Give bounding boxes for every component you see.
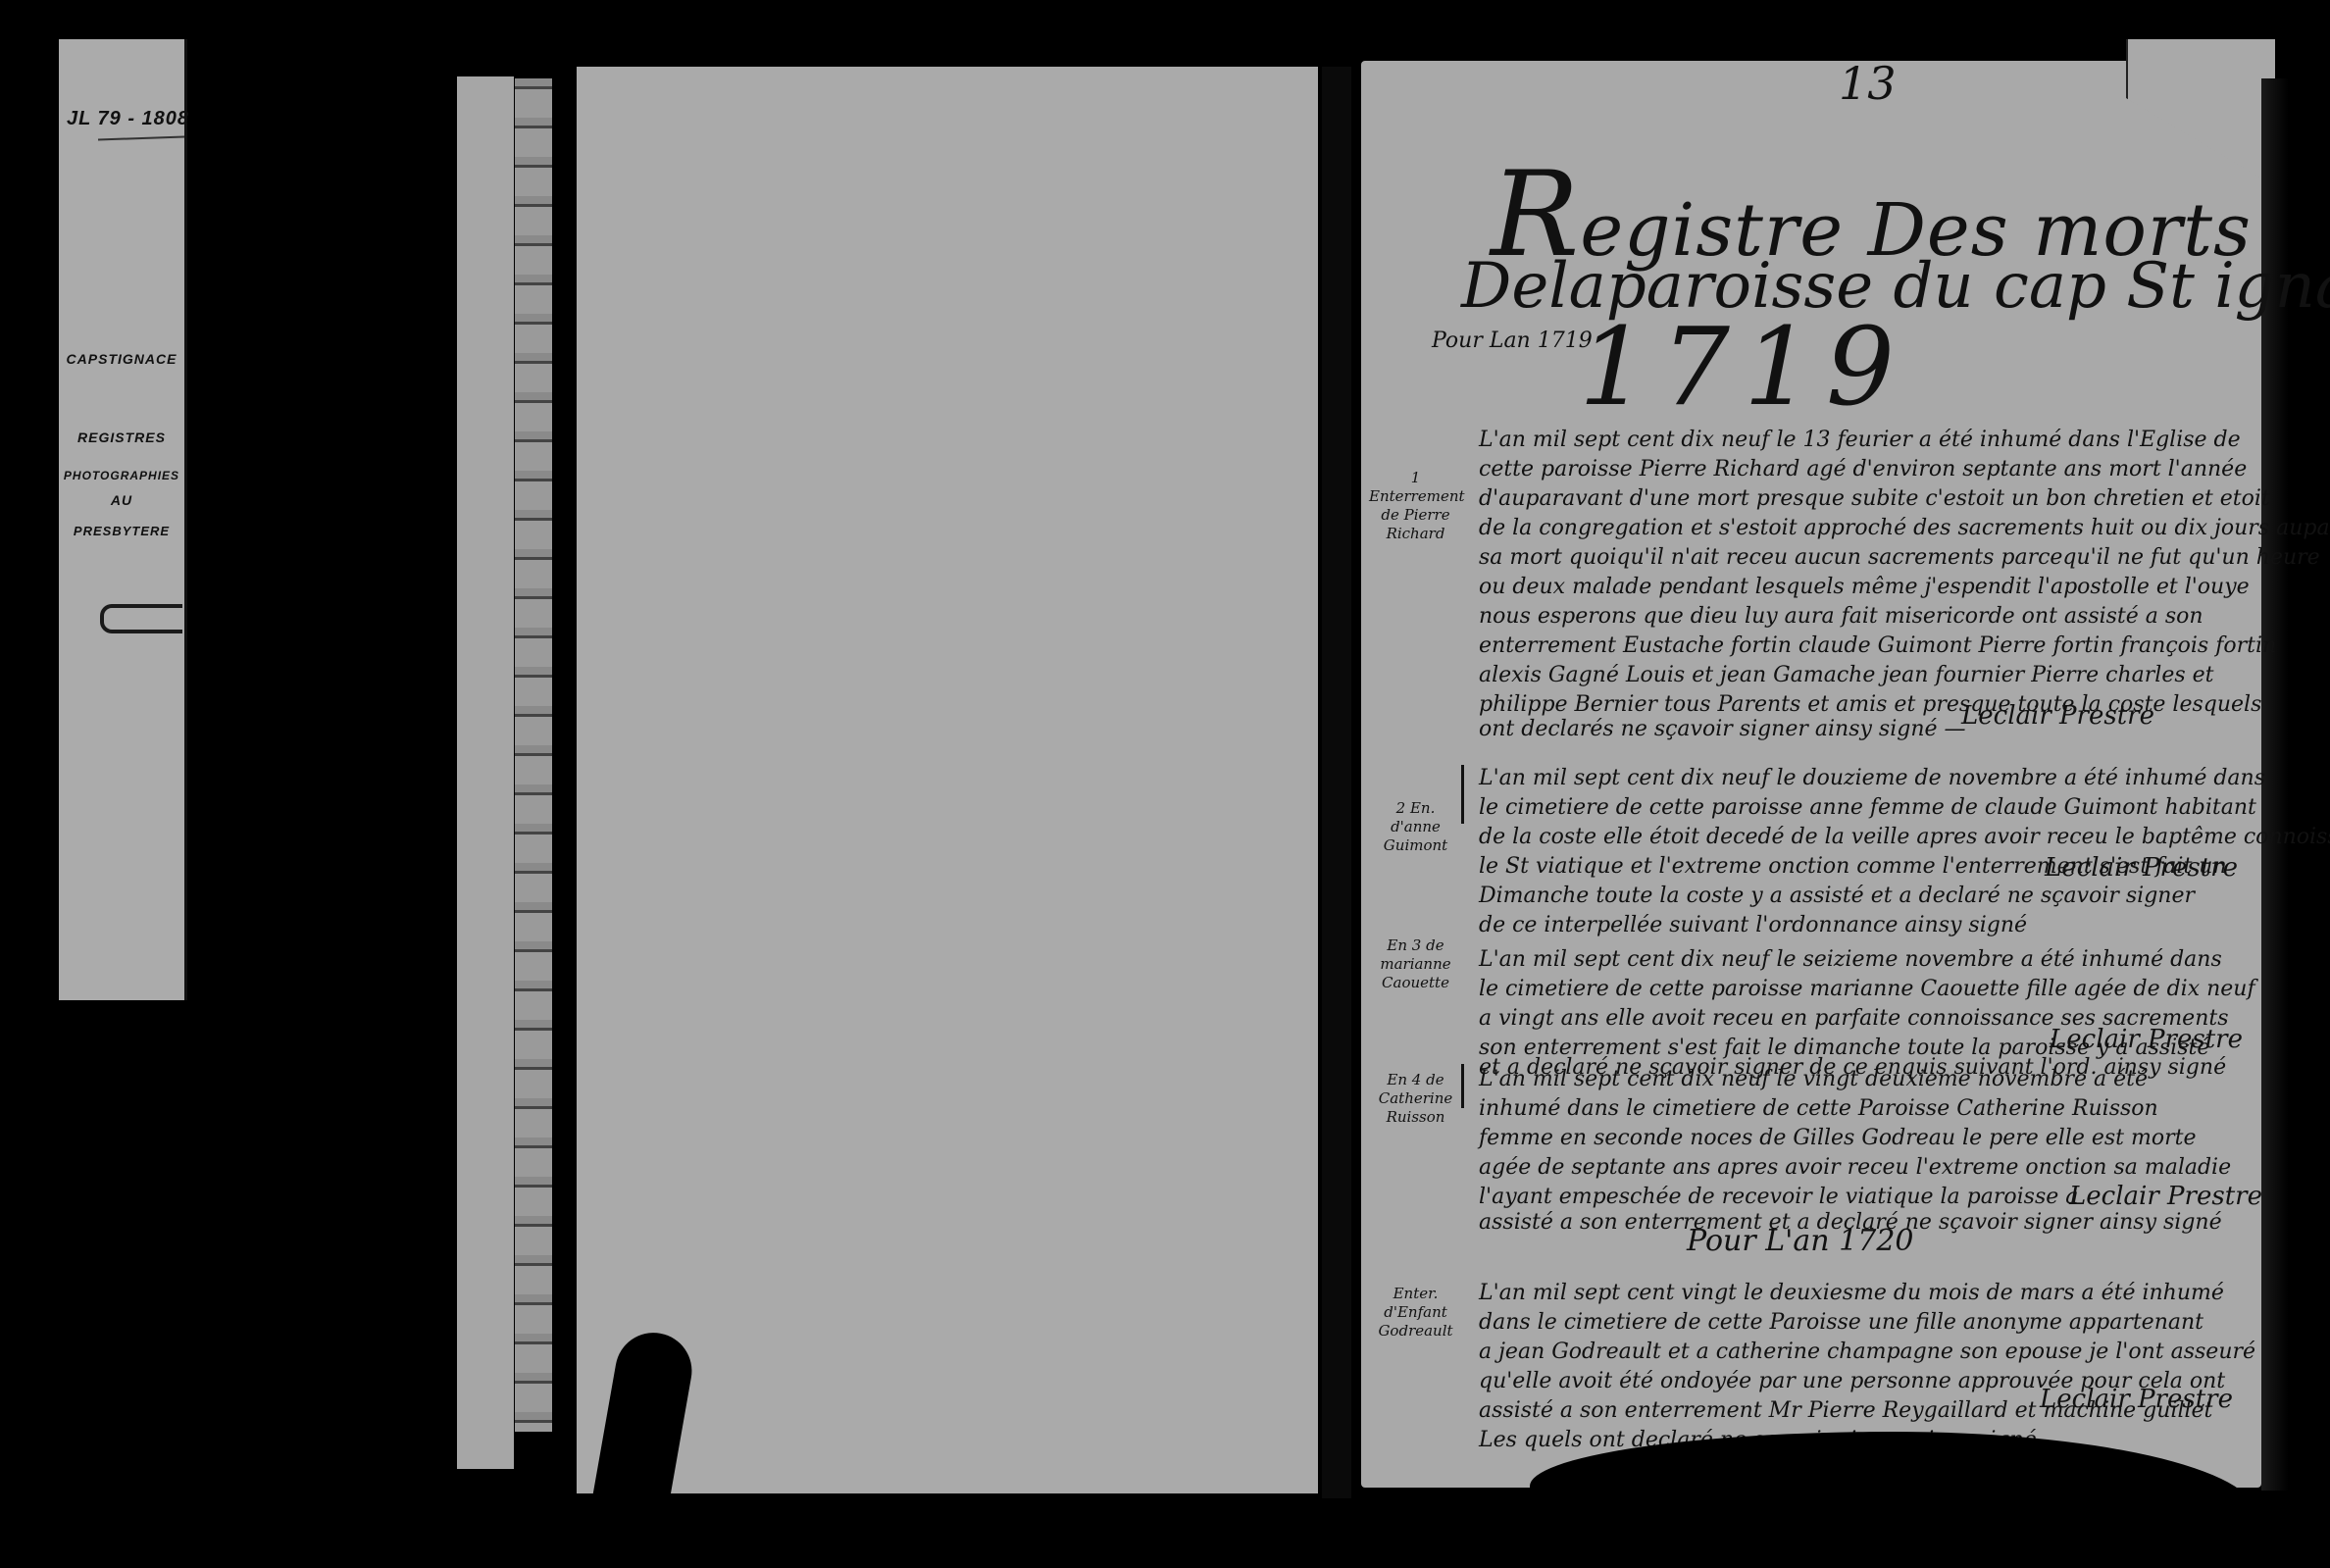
margin-note: En 3 de marianne Caouette xyxy=(1369,936,1462,992)
archive-label-strip: JL 79 - 1808 CAPSTIGNACE REGISTRES PHOTO… xyxy=(59,39,187,1000)
priest-signature: Leclair Prestre xyxy=(2045,853,2238,883)
caption-line: PHOTOGRAPHIES xyxy=(59,469,184,482)
caption-line: AU xyxy=(59,492,184,508)
entry-line: de ce interpellée suivant l'ordonnance a… xyxy=(1479,907,2027,944)
binding-strip xyxy=(457,76,514,1469)
entry-line: ont declarés ne sçavoir signer ainsy sig… xyxy=(1479,711,1966,748)
margin-note: En 4 de Catherine Ruisson xyxy=(1369,1071,1462,1127)
parish-name: CAPSTIGNACE xyxy=(59,351,184,367)
page-gutter xyxy=(1322,67,1351,1498)
archive-reference: JL 79 - 1808 xyxy=(67,108,189,130)
caption-line: REGISTRES xyxy=(59,430,184,445)
caption-line: PRESBYTERE xyxy=(59,524,184,538)
year-caption: Pour Lan 1719 xyxy=(1432,329,1593,353)
left-blank-page xyxy=(577,67,1318,1493)
priest-signature: Leclair Prestre xyxy=(2050,1025,2243,1054)
margin-note: 1 Enterrement de Pierre Richard xyxy=(1369,469,1462,543)
priest-signature: Leclair Prestre xyxy=(1961,701,2154,731)
paperclip-icon xyxy=(100,604,182,633)
section-heading-1720: Pour L'an 1720 xyxy=(1687,1224,1914,1258)
year-large: 1719 xyxy=(1579,304,1908,430)
priest-signature: Leclair Prestre xyxy=(2069,1182,2262,1211)
underline-divider xyxy=(98,135,184,140)
priest-signature: Leclair Prestre xyxy=(2040,1385,2233,1414)
margin-note: 2 En. d'anne Guimont xyxy=(1369,799,1462,855)
margin-note: Enter. d'Enfant Godreault xyxy=(1369,1285,1462,1340)
page-number: 13 xyxy=(1839,57,1897,110)
binding-stitching xyxy=(515,78,552,1432)
